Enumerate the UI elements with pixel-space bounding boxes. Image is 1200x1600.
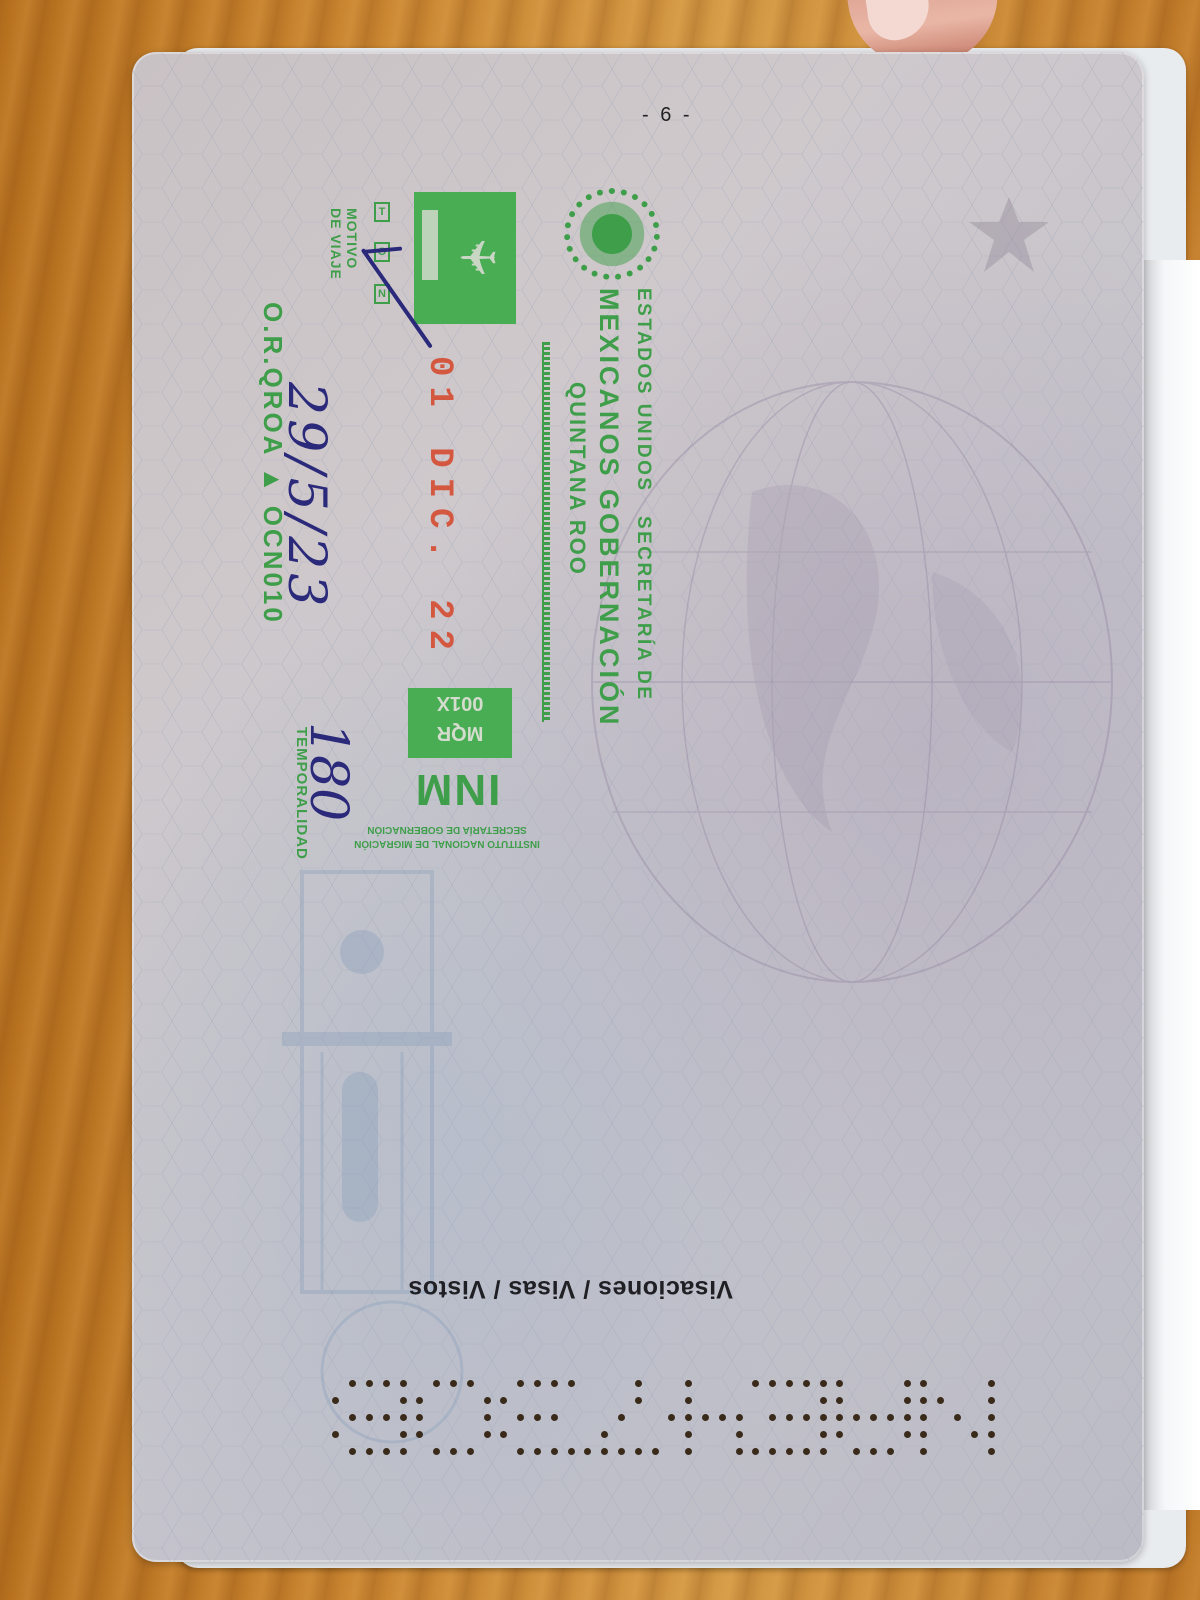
mexico-coat-of-arms-icon (564, 188, 660, 280)
passport-visa-page: - 6 - ESTADOS UNIDOS SECRETARÍA DE MEXIC… (132, 52, 1144, 1562)
passport-page-edges (1140, 260, 1200, 1510)
stamp-border-line (542, 342, 550, 722)
fingernail (862, 0, 933, 44)
stamp-issuer-line-1: ESTADOS UNIDOS SECRETARÍA DE (632, 288, 654, 702)
port-code-line-2: 001X (408, 688, 512, 718)
entry-mode-strip (422, 210, 438, 280)
travel-reason-label-1: MOTIVO (344, 208, 360, 269)
handwritten-days-granted: 180 (298, 722, 358, 821)
port-code-text: MQR 001X (408, 688, 512, 752)
stamp-state: QUINTANA ROO (564, 382, 590, 576)
perforated-serial-number (332, 1370, 1012, 1470)
stamp-issuer-line-2: MEXICANOS GOBERNACIÓN (593, 288, 624, 728)
port-code-line-1: MQR (408, 718, 512, 748)
globe-watermark (572, 372, 1132, 992)
stamp-issuer-secretaria: SECRETARÍA DE (633, 516, 654, 702)
handwritten-exit-date: 29/5/23 (276, 382, 336, 610)
entry-date: 01 DIC. 22 E (420, 356, 458, 721)
travel-reason-option-t: T (374, 202, 390, 222)
page-footer-label: Visaciones / Visas / Vistos (408, 1274, 733, 1303)
clock-tower-watermark (242, 832, 482, 1452)
stamp-issuer-estados: ESTADOS UNIDOS (633, 288, 654, 493)
port-code-box: MQR 001X (408, 688, 512, 758)
page-number: - 6 - (642, 104, 693, 127)
agency-line-2: INSTITUTO NACIONAL DE MIGRACIÓN (302, 838, 592, 849)
travel-reason-label-2: DE VIAJE (328, 208, 344, 280)
crest-watermark-icon (964, 192, 1054, 282)
airplane-icon: ✈ (458, 228, 498, 284)
inm-logo: INM (392, 764, 522, 814)
air-entry-box: ✈ (414, 192, 516, 324)
agency-line-1: SECRETARÍA DE GOBERNACIÓN (302, 824, 592, 835)
